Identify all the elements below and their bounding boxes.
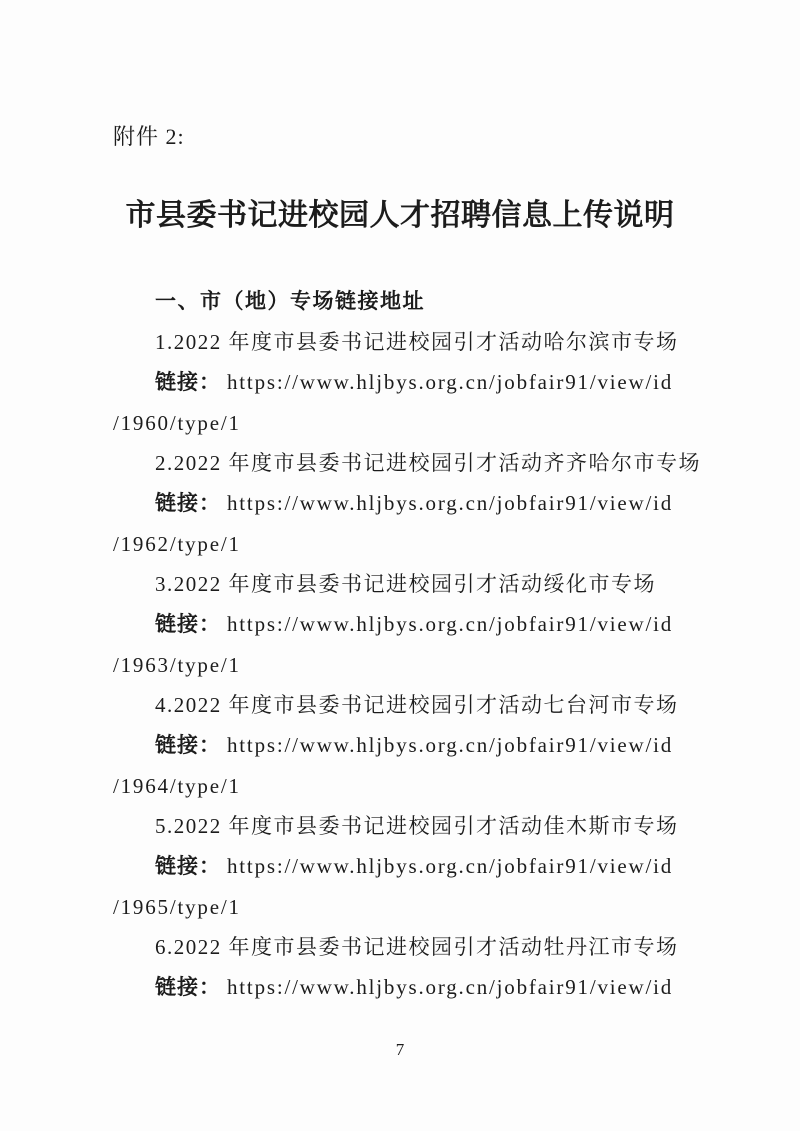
link-url: https://www.hljbys.org.cn/jobfair91/view… [227, 854, 673, 878]
session-item-link-line: 链接：https://www.hljbys.org.cn/jobfair91/v… [113, 967, 692, 1008]
link-url: https://www.hljbys.org.cn/jobfair91/view… [227, 612, 673, 636]
link-url: https://www.hljbys.org.cn/jobfair91/view… [227, 975, 673, 999]
session-list-item: 1.2022 年度市县委书记进校园引才活动哈尔滨市专场 链接：https://w… [113, 322, 692, 443]
link-url-continuation: /1960/type/1 [113, 403, 692, 443]
session-item-title: 5.2022 年度市县委书记进校园引才活动佳木斯市专场 [113, 806, 692, 846]
link-label: 链接： [155, 492, 221, 515]
link-url: https://www.hljbys.org.cn/jobfair91/view… [227, 370, 673, 394]
link-url-continuation: /1962/type/1 [113, 524, 692, 564]
document-page: 附件 2: 市县委书记进校园人才招聘信息上传说明 一、市（地）专场链接地址 1.… [0, 0, 800, 1131]
link-label: 链接： [155, 371, 221, 394]
session-list-item: 6.2022 年度市县委书记进校园引才活动牡丹江市专场 链接：https://w… [113, 927, 692, 1008]
link-label: 链接： [155, 976, 221, 999]
section-heading: 一、市（地）专场链接地址 [113, 282, 692, 322]
session-list-item: 5.2022 年度市县委书记进校园引才活动佳木斯市专场 链接：https://w… [113, 806, 692, 927]
session-item-title: 6.2022 年度市县委书记进校园引才活动牡丹江市专场 [113, 927, 692, 967]
link-list: 1.2022 年度市县委书记进校园引才活动哈尔滨市专场 链接：https://w… [113, 322, 692, 1008]
session-item-title: 1.2022 年度市县委书记进校园引才活动哈尔滨市专场 [113, 322, 692, 362]
session-item-title: 2.2022 年度市县委书记进校园引才活动齐齐哈尔市专场 [113, 443, 692, 483]
page-number: 7 [0, 1040, 800, 1060]
session-item-link-line: 链接：https://www.hljbys.org.cn/jobfair91/v… [113, 725, 692, 766]
link-url: https://www.hljbys.org.cn/jobfair91/view… [227, 491, 673, 515]
session-item-link-line: 链接：https://www.hljbys.org.cn/jobfair91/v… [113, 604, 692, 645]
session-item-link-line: 链接：https://www.hljbys.org.cn/jobfair91/v… [113, 483, 692, 524]
document-body: 一、市（地）专场链接地址 1.2022 年度市县委书记进校园引才活动哈尔滨市专场… [113, 282, 692, 1008]
session-list-item: 4.2022 年度市县委书记进校园引才活动七台河市专场 链接：https://w… [113, 685, 692, 806]
link-url-continuation: /1963/type/1 [113, 645, 692, 685]
attachment-label: 附件 2: [113, 120, 185, 151]
link-label: 链接： [155, 855, 221, 878]
session-list-item: 3.2022 年度市县委书记进校园引才活动绥化市专场 链接：https://ww… [113, 564, 692, 685]
session-item-title: 4.2022 年度市县委书记进校园引才活动七台河市专场 [113, 685, 692, 725]
session-item-title: 3.2022 年度市县委书记进校园引才活动绥化市专场 [113, 564, 692, 604]
link-label: 链接： [155, 734, 221, 757]
session-list-item: 2.2022 年度市县委书记进校园引才活动齐齐哈尔市专场 链接：https://… [113, 443, 692, 564]
link-url-continuation: /1964/type/1 [113, 766, 692, 806]
link-url-continuation: /1965/type/1 [113, 887, 692, 927]
document-title: 市县委书记进校园人才招聘信息上传说明 [0, 190, 800, 234]
link-label: 链接： [155, 613, 221, 636]
link-url: https://www.hljbys.org.cn/jobfair91/view… [227, 733, 673, 757]
session-item-link-line: 链接：https://www.hljbys.org.cn/jobfair91/v… [113, 846, 692, 887]
session-item-link-line: 链接：https://www.hljbys.org.cn/jobfair91/v… [113, 362, 692, 403]
